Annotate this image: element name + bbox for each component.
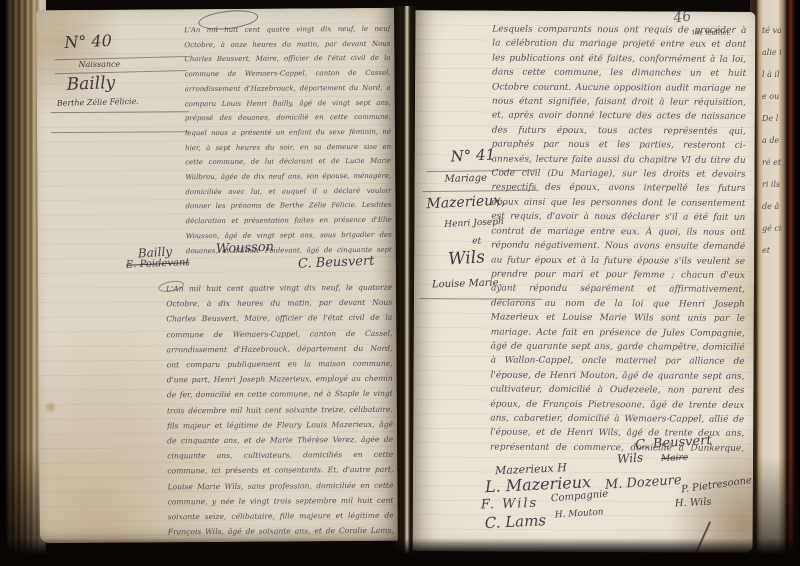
next-page-edge-text: té va alie il à ile ou De la de ré et ri… xyxy=(762,20,782,520)
signature-bride-mother: C. Lams xyxy=(484,511,546,532)
register-book-photo: té va alie il à ile ou De la de ré et ri… xyxy=(0,0,800,566)
signature-witness-mouton: H. Mouton xyxy=(555,507,604,520)
act-type-naissance: Naissance xyxy=(78,60,120,69)
signature-groom-mother: M. Dozeure xyxy=(605,473,682,493)
signature-poidevant: E. Poidevant xyxy=(126,257,190,271)
margin-conjunction: et xyxy=(472,236,481,246)
signature-witness-pietresoone: P. Pietresoone xyxy=(681,475,753,495)
margin-rule xyxy=(51,111,189,113)
margin-rule xyxy=(51,131,189,133)
margin-surname-bailly: Bailly xyxy=(66,73,115,95)
signature-officer-left: C. Beusvert xyxy=(298,254,375,272)
act-number-41: N° 41 xyxy=(450,145,495,165)
margin-bride-surname: Wils xyxy=(448,247,486,269)
bottom-shadow xyxy=(0,538,800,566)
signature-bride-wils: Wils xyxy=(617,450,644,466)
signature-bride-father: F. Wils xyxy=(481,496,539,513)
act-number-40: N° 40 xyxy=(64,31,112,52)
birth-act-text: L'An mil huit cent quatre vingt dix neuf… xyxy=(184,22,392,261)
margin-child-names: Berthe Zélie Félicie. xyxy=(57,97,139,108)
signature-officer-title: Maire xyxy=(661,453,689,464)
right-page: 46 14e feuillet. N° 41 Mariage Mazerieux… xyxy=(413,10,756,553)
left-page: N° 40 Naissance Bailly Berthe Zélie Féli… xyxy=(36,8,398,543)
marriage-act-text-part1: L'An mil huit cent quatre vingt dix neuf… xyxy=(166,280,394,542)
signature-witness-hwils: H. Wils xyxy=(675,497,712,510)
marriage-act-text-part2: Lesquels comparants nous ont requis de p… xyxy=(490,23,746,458)
signature-wousson: Wousson xyxy=(216,240,275,257)
act-type-mariage: Mariage xyxy=(444,173,487,185)
